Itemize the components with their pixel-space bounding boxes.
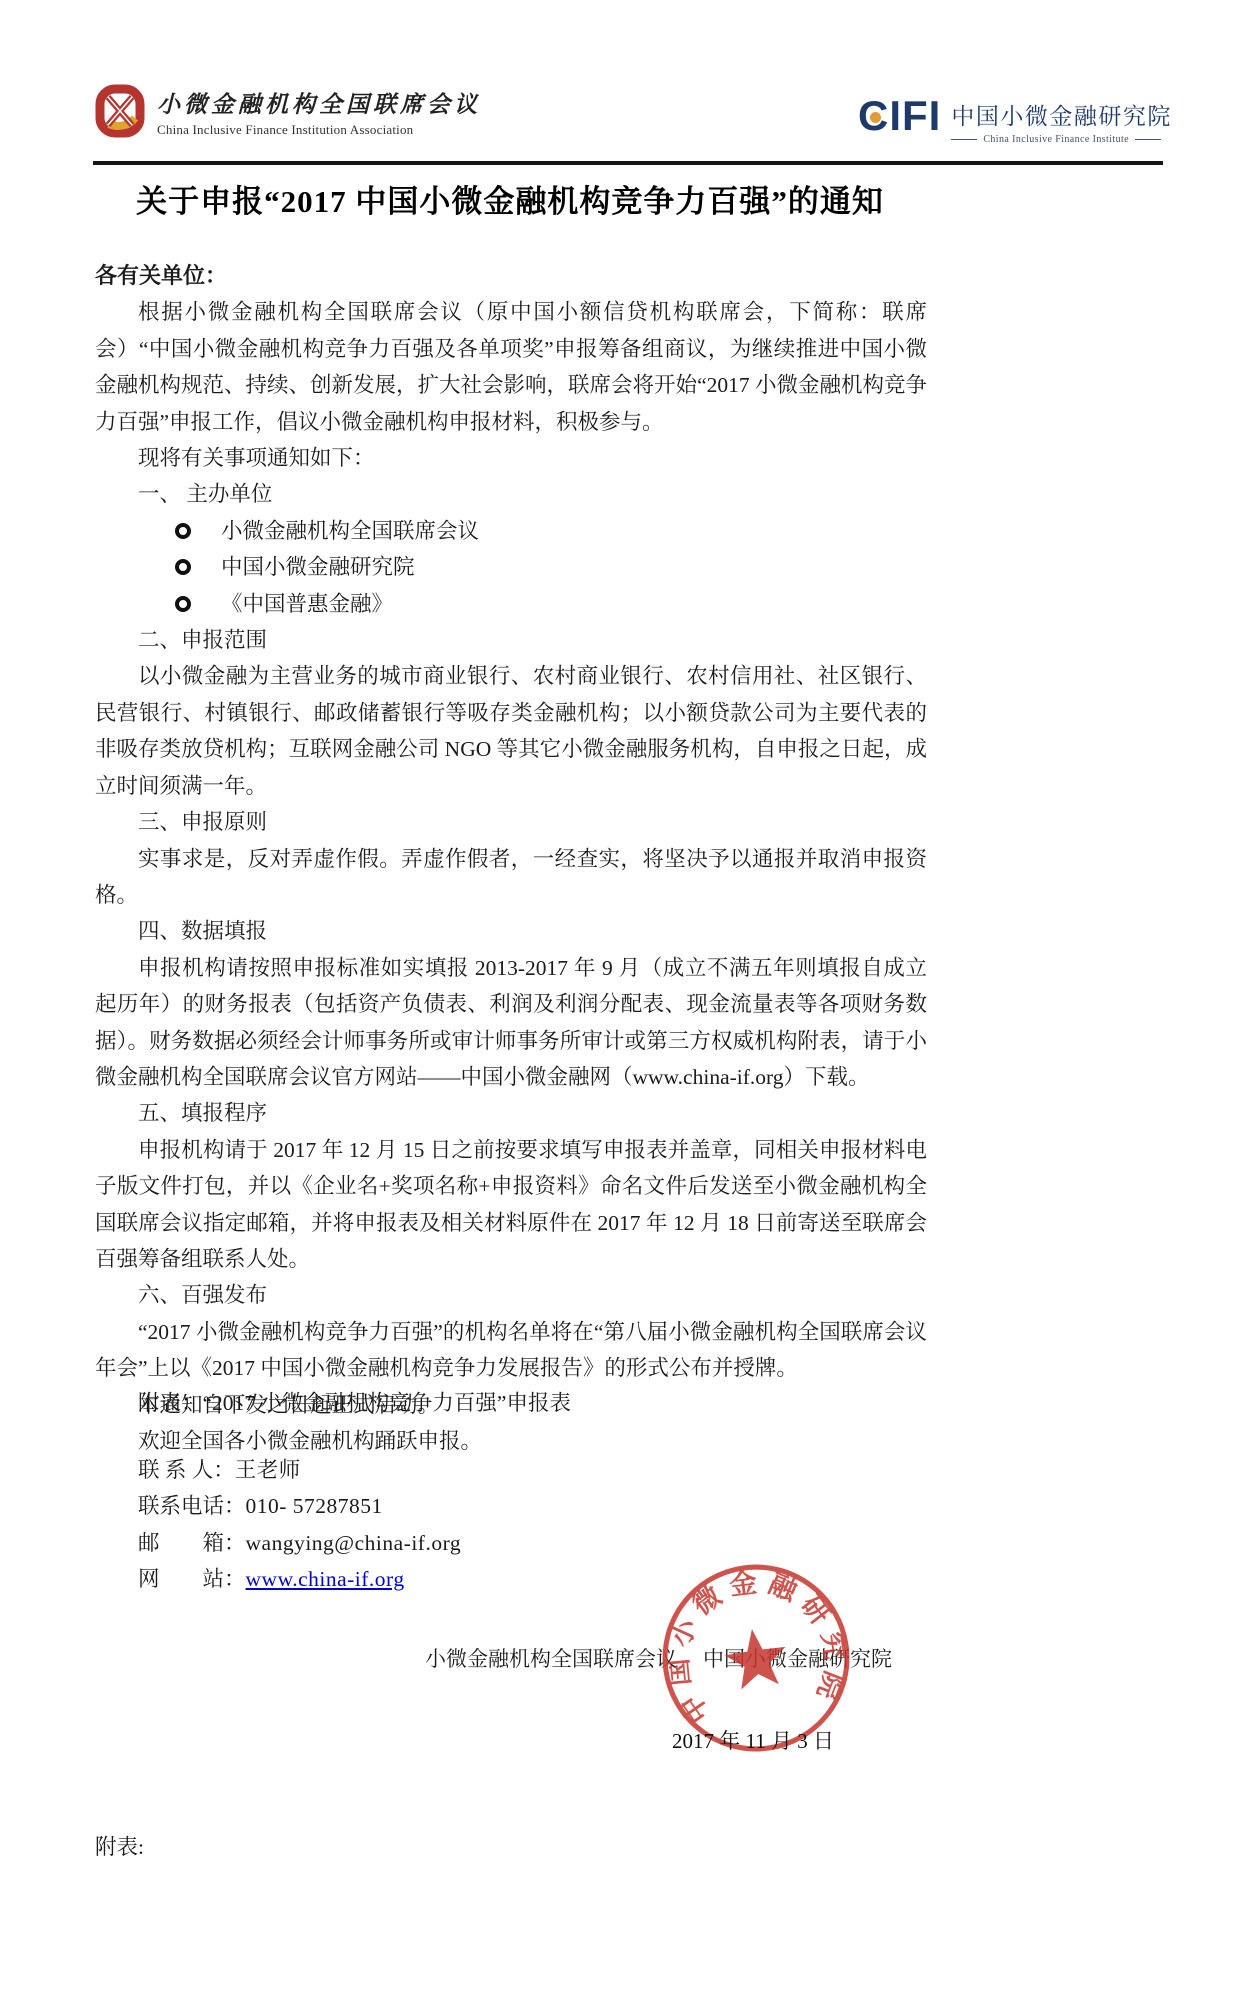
header-divider [93,161,1163,165]
dash-decoration [1135,139,1161,140]
contact-value: 王老师 [235,1458,301,1482]
circle-bullet-icon [175,559,191,575]
bullet-label: 小微金融机构全国联席会议 [221,513,479,549]
body-paragraph: “2017 小微金融机构竞争力百强”的机构名单将在“第八届小微金融机构全国联席会… [95,1314,927,1387]
section-heading: 二、申报范围 [95,622,927,658]
bullet-item: 中国小微金融研究院 [95,549,927,585]
contact-row: 邮 箱：wangying@china-if.org [138,1525,461,1561]
cifi-name-cn: 中国小微金融研究院 [951,98,1172,131]
contact-label: 邮 箱： [138,1531,246,1555]
section-heading: 五、填报程序 [95,1095,927,1131]
association-logo: 小微金融机构全国联席会议 China Inclusive Finance Ins… [95,84,481,138]
footer-attachment-label: 附表: [95,1830,144,1861]
contact-value: 010- 57287851 [246,1494,383,1518]
contact-label: 联 系 人： [138,1458,235,1482]
cifi-names: 中国小微金融研究院 China Inclusive Finance Instit… [951,96,1172,145]
bullet-item: 《中国普惠金融》 [95,586,927,622]
notice-title: 关于申报“2017 中国小微金融机构竞争力百强”的通知 [95,176,925,221]
bullet-label: 中国小微金融研究院 [221,549,415,585]
salutation: 各有关单位： [95,258,927,294]
notice-page: 小微金融机构全国联席会议 China Inclusive Finance Ins… [0,0,1257,2000]
association-name-cn: 小微金融机构全国联席会议 [157,86,481,119]
cifi-name-en: China Inclusive Finance Institute [951,134,1172,145]
contact-value: wangying@china-if.org [246,1531,462,1555]
cifi-orange-dot-icon [870,112,881,123]
body-paragraph: 申报机构请于 2017 年 12 月 15 日之前按要求填写申报表并盖章，同相关… [95,1132,927,1278]
circle-bullet-icon [175,596,191,612]
section-heading: 三、申报原则 [95,804,927,840]
contact-label: 网 站： [138,1567,246,1591]
body-paragraph: 申报机构请按照申报标准如实填报 2013-2017 年 9 月（成立不满五年则填… [95,950,927,1096]
cifi-logo-icon: CIFI [858,96,941,136]
section-heading: 四、数据填报 [95,913,927,949]
signature-org-left: 小微金融机构全国联席会议 [425,1643,677,1673]
bullet-item: 小微金融机构全国联席会议 [95,513,927,549]
contact-row: 联 系 人：王老师 [138,1452,461,1488]
knot-logo-icon [95,84,145,138]
body-blocks: 根据小微金融机构全国联席会议（原中国小额信贷机构联席会，下简称：联席会）“中国小… [95,294,927,1459]
circle-bullet-icon [175,523,191,539]
notice-body: 各有关单位： 根据小微金融机构全国联席会议（原中国小额信贷机构联席会，下简称：联… [95,258,927,1459]
body-paragraph: 实事求是，反对弄虚作假。弄虚作假者，一经查实，将坚决予以通报并取消申报资格。 [95,841,927,914]
contact-row: 联系电话：010- 57287851 [138,1488,461,1524]
contact-row: 网 站：www.china-if.org [138,1561,461,1597]
association-logo-text: 小微金融机构全国联席会议 China Inclusive Finance Ins… [157,84,481,138]
section-heading: 六、百强发布 [95,1277,927,1313]
stamp-star [722,1625,791,1691]
contact-label: 联系电话： [138,1494,246,1518]
bullet-label: 《中国普惠金融》 [221,586,393,622]
attachment-note: 附表：“2017 小微金融机构竞争力百强”申报表 [95,1386,927,1417]
notice-date: 2017 年 11 月 3 日 [672,1725,834,1755]
association-name-en: China Inclusive Finance Institution Asso… [157,122,481,138]
cifi-logo: CIFI 中国小微金融研究院 China Inclusive Finance I… [858,96,1172,145]
document-header: 小微金融机构全国联席会议 China Inclusive Finance Ins… [0,0,1257,160]
body-paragraph: 现将有关事项通知如下： [95,440,927,476]
body-paragraph: 根据小微金融机构全国联席会议（原中国小额信贷机构联席会，下简称：联席会）“中国小… [95,294,927,440]
contact-block: 联 系 人：王老师联系电话：010- 57287851邮 箱：wangying@… [138,1452,461,1598]
body-paragraph: 以小微金融为主营业务的城市商业银行、农村商业银行、农村信用社、社区银行、民营银行… [95,658,927,804]
website-link[interactable]: www.china-if.org [246,1567,405,1591]
section-heading: 一、 主办单位 [95,476,927,512]
dash-decoration [951,139,977,140]
